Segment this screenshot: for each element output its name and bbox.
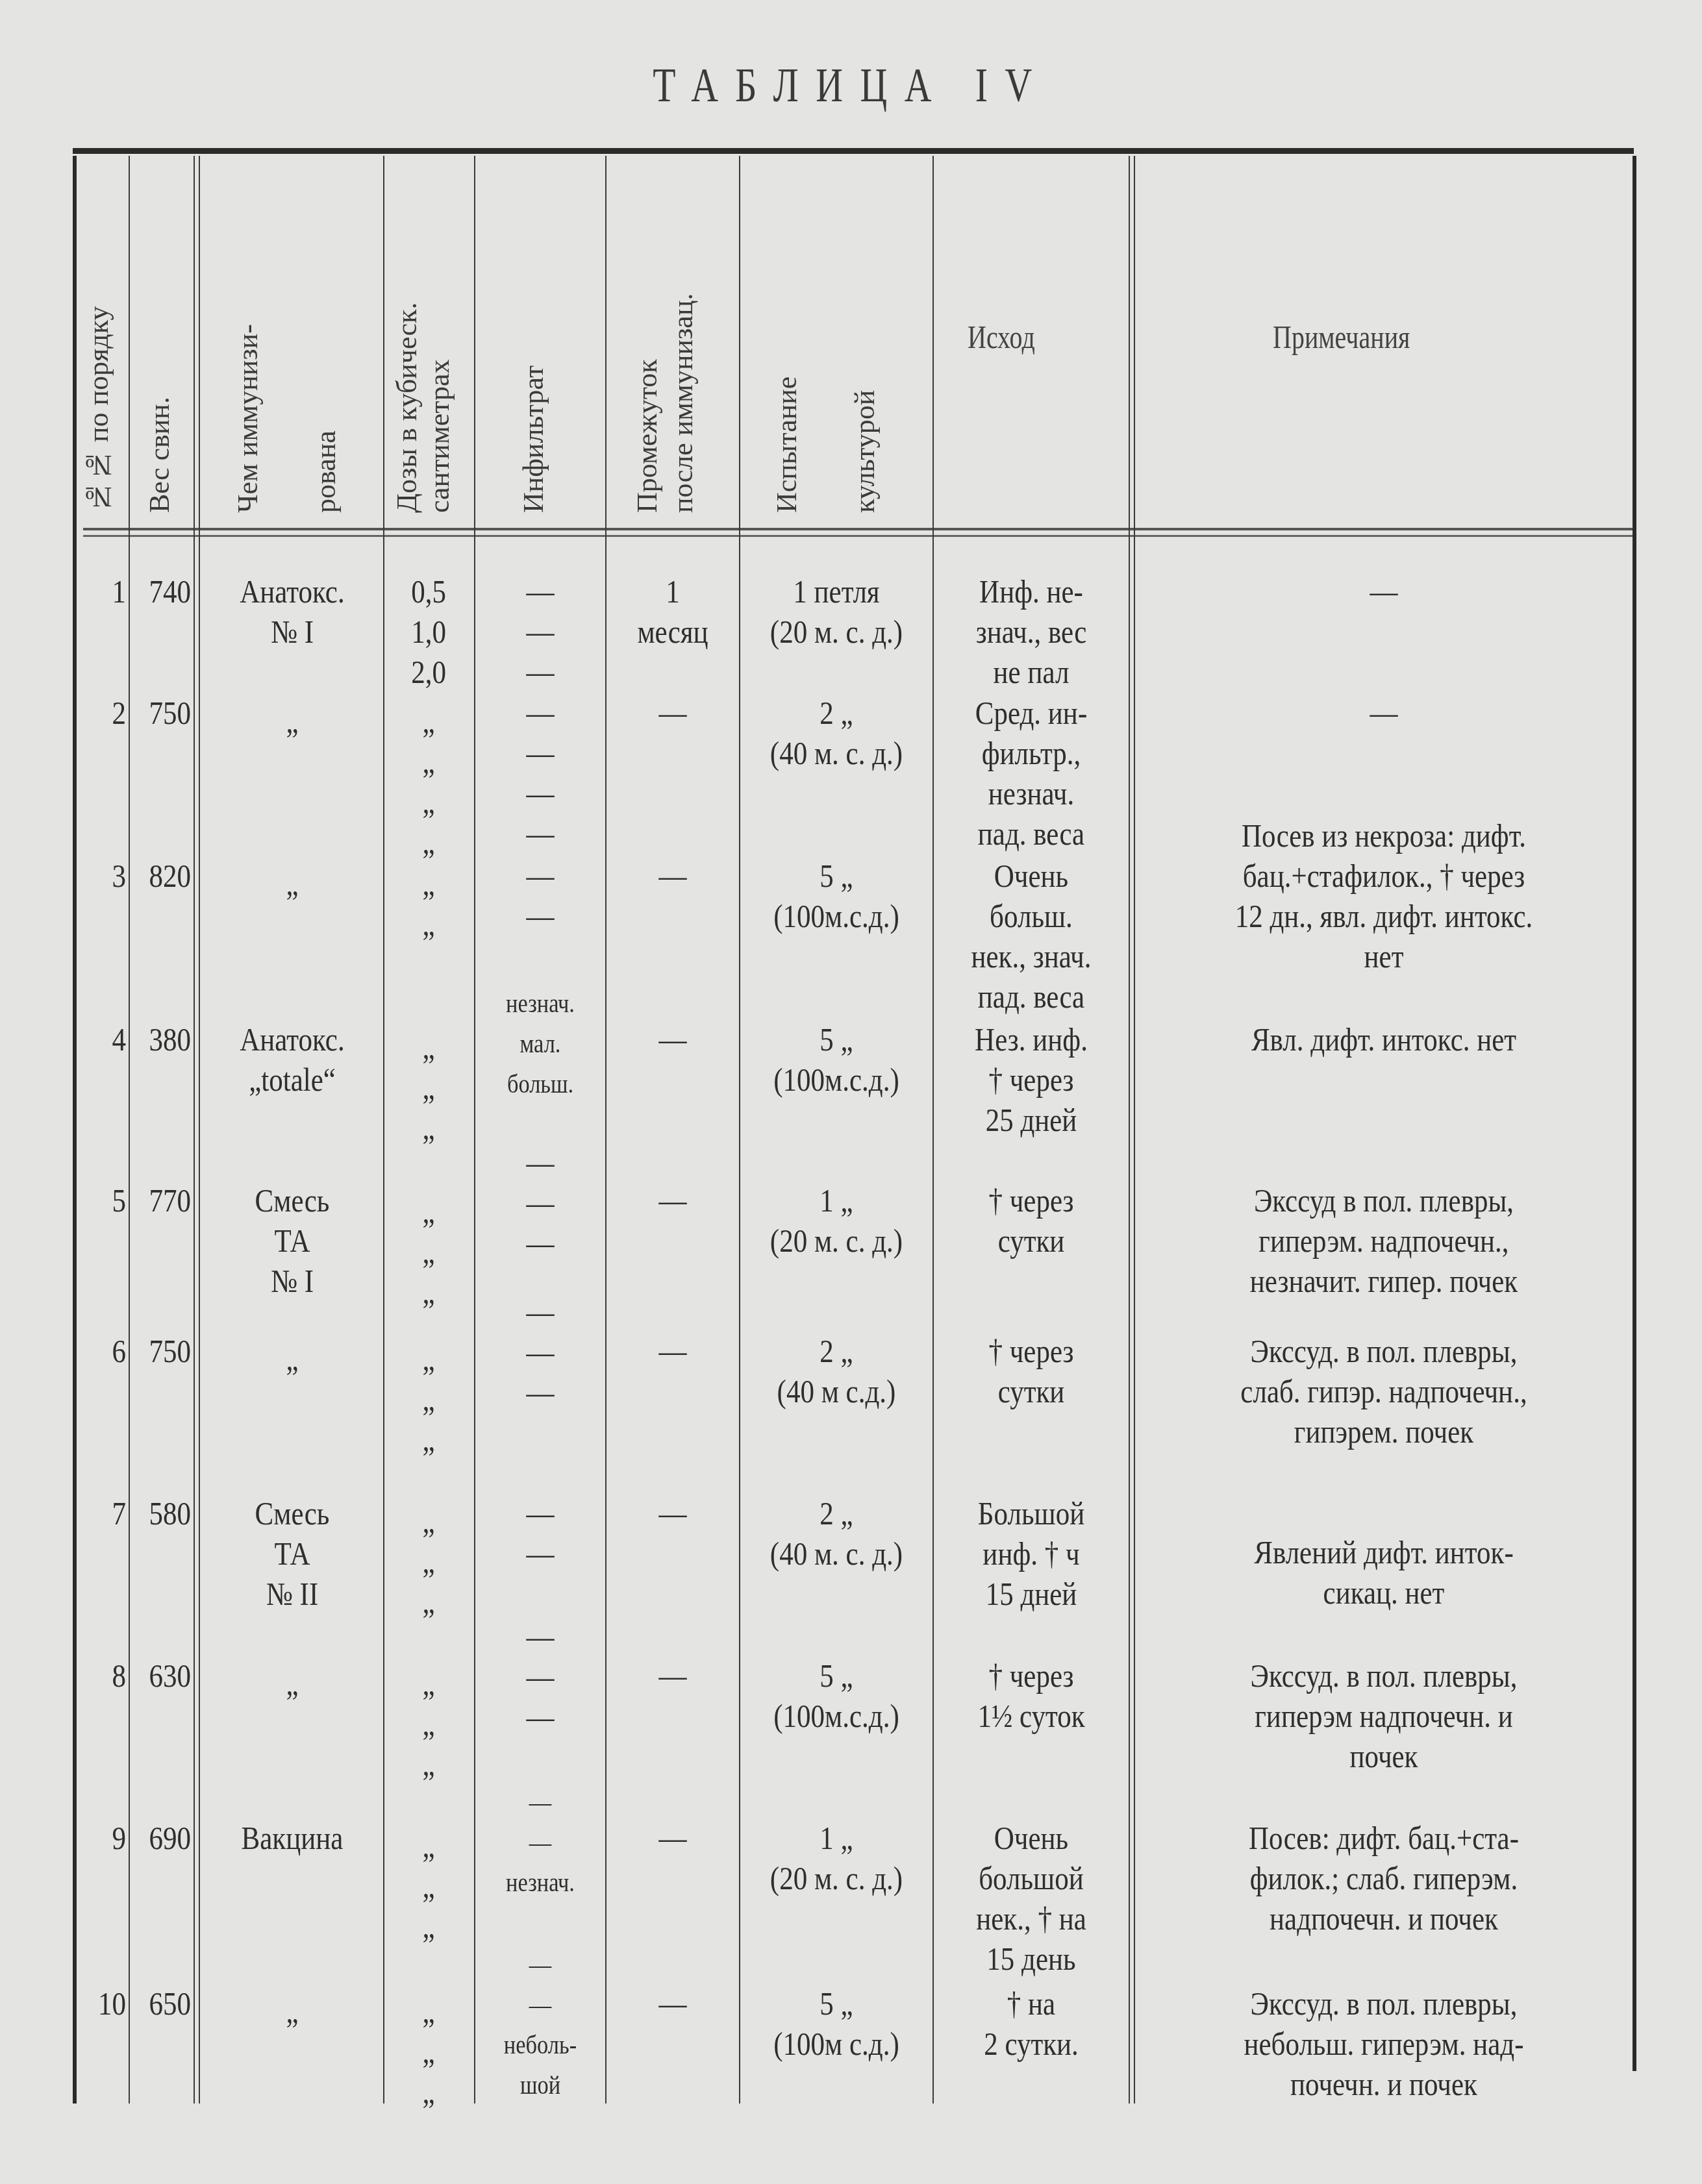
culture-test: 5 „ (100м с.д.) xyxy=(754,1983,920,2064)
right-border xyxy=(1633,156,1636,2071)
interval: — xyxy=(616,1656,729,1696)
pig-weight: 740 xyxy=(138,571,191,612)
agent-line: № I xyxy=(214,612,371,652)
notes: Экссуд. в пол. плевры, слаб. гипэр. надп… xyxy=(1171,1331,1596,1452)
immunizing-agent: Смесь ТА № II xyxy=(214,1493,371,1614)
infiltrate: — — — — xyxy=(484,693,596,854)
outcome-line: Очень xyxy=(947,1818,1115,1858)
infiltrate: — — — xyxy=(484,1143,596,1263)
dose-value: „ xyxy=(391,1379,467,1419)
pig-weight: 750 xyxy=(138,1331,191,1371)
notes-line: надпочечн. и почек xyxy=(1171,1898,1596,1939)
notes-line: гиперэм. надпочечн., xyxy=(1171,1221,1596,1261)
notes-line: бац.+стафилок., † через xyxy=(1171,856,1596,896)
infiltrate-value: больш. xyxy=(484,1064,596,1104)
dose-value: „ xyxy=(391,1339,467,1379)
dose-list: 0,5 1,0 2,0 xyxy=(391,571,467,692)
interval: — xyxy=(616,693,729,733)
outcome-line: 15 день xyxy=(947,1939,1115,1979)
notes: Экссуд в пол. плевры, гиперэм. надпочечн… xyxy=(1171,1180,1596,1301)
dose-list: „ „ „ „ xyxy=(391,701,467,862)
notes-line: гиперэм надпочечн. и xyxy=(1171,1696,1596,1736)
immunizing-agent: Анатокс. „totale“ xyxy=(214,1019,371,1100)
interval: — xyxy=(616,1493,729,1533)
agent-line: № II xyxy=(214,1574,371,1614)
interval: — xyxy=(616,856,729,896)
column-divider xyxy=(199,156,200,2103)
agent-line: ТА xyxy=(214,1533,371,1574)
dose-value: „ xyxy=(391,2031,467,2072)
test-value: (100м с.д.) xyxy=(754,2024,920,2064)
dose-value: „ xyxy=(391,1991,467,2031)
notes-line: 12 дн., явл. дифт. интокс. xyxy=(1171,896,1596,936)
infiltrate-value: — xyxy=(484,652,596,692)
culture-test: 2 „ (40 м с.д.) xyxy=(754,1331,920,1411)
outcome-line: Сред. ин- xyxy=(947,693,1115,733)
culture-test: 1 „ (20 м. с. д.) xyxy=(754,1818,920,1898)
row-number: 2 xyxy=(84,693,126,733)
dose-value: 2,0 xyxy=(391,652,467,692)
interval: — xyxy=(616,1180,729,1221)
outcome-line: незнач. xyxy=(947,773,1115,813)
header-agent-line1: Чем иммунизи- xyxy=(227,162,269,513)
infiltrate-value: — xyxy=(484,1617,596,1657)
infiltrate: — — — xyxy=(484,571,596,692)
dose-list: „ „ „ xyxy=(391,1991,467,2112)
interval-value: — xyxy=(616,1656,729,1696)
infiltrate: — — — xyxy=(484,1292,596,1413)
test-value: 2 „ xyxy=(754,1493,920,1533)
column-divider xyxy=(194,156,195,2103)
infiltrate-value: — xyxy=(484,612,596,652)
notes: Посев из некроза: дифт. бац.+стафилок., … xyxy=(1171,815,1596,976)
dose-value: 1,0 xyxy=(391,612,467,652)
interval-value: — xyxy=(616,1331,729,1371)
header-test-line1: Испытание xyxy=(766,162,808,513)
dose-list: „ „ „ xyxy=(391,1501,467,1622)
test-value: 1 „ xyxy=(754,1180,920,1221)
agent-line: Смесь xyxy=(214,1180,371,1221)
header-agent-line2: рована xyxy=(305,162,347,513)
infiltrate-value: — xyxy=(484,1985,596,2025)
dose-value: „ xyxy=(391,1067,467,1108)
outcome-line: 1½ суток xyxy=(947,1696,1115,1736)
dose-list: „ „ „ xyxy=(391,1826,467,1946)
row-number: 4 xyxy=(84,1019,126,1060)
test-value: (100м.с.д.) xyxy=(754,1060,920,1100)
pig-weight: 750 xyxy=(138,693,191,733)
notes: Экссуд. в пол. плевры, небольш. гиперэм.… xyxy=(1171,1983,1596,2104)
culture-test: 5 „ (100м.с.д.) xyxy=(754,1656,920,1736)
test-value: 2 „ xyxy=(754,1331,920,1371)
interval: — xyxy=(616,1983,729,2024)
notes-line: Экссуд. в пол. плевры, xyxy=(1171,1983,1596,2024)
row-number: 5 xyxy=(84,1180,126,1221)
row-number: 1 xyxy=(84,571,126,612)
outcome-line: 15 дней xyxy=(947,1574,1115,1614)
infiltrate-value: — xyxy=(484,733,596,773)
dose-value: „ xyxy=(391,741,467,782)
outcome-line: † на xyxy=(947,1983,1115,2024)
infiltrate-value: — xyxy=(484,896,596,936)
infiltrate-value: незнач. xyxy=(484,1863,596,1903)
test-value: (100м.с.д.) xyxy=(754,1696,920,1736)
outcome-line: † через xyxy=(947,1331,1115,1371)
infiltrate-value: — xyxy=(484,1944,596,1985)
dose-list: „ „ xyxy=(391,863,467,944)
agent-line: „ xyxy=(214,1663,371,1704)
row-number: 3 xyxy=(84,856,126,896)
notes-line: — xyxy=(1171,571,1596,612)
dose-list: „ „ „ xyxy=(391,1027,467,1148)
infiltrate-value: — xyxy=(484,1697,596,1737)
header-rule-secondary xyxy=(83,535,1634,537)
header-interval-line2: после иммунизац. xyxy=(662,162,704,513)
agent-line: Анатокс. xyxy=(214,1019,371,1060)
pig-weight: 820 xyxy=(138,856,191,896)
dose-value: 0,5 xyxy=(391,571,467,612)
infiltrate: — — xyxy=(484,1493,596,1574)
dose-value: „ xyxy=(391,1541,467,1582)
dose-value: „ xyxy=(391,1501,467,1541)
notes-line: филок.; слаб. гиперэм. xyxy=(1171,1858,1596,1898)
header-dose-line2: сантиметрах xyxy=(419,162,460,513)
outcome-line: фильтр., xyxy=(947,733,1115,773)
immunizing-agent: Смесь ТА № I xyxy=(214,1180,371,1301)
notes-line: небольш. гиперэм. над- xyxy=(1171,2024,1596,2064)
agent-line: Анатокс. xyxy=(214,571,371,612)
agent-line: „ xyxy=(214,1339,371,1379)
interval: — xyxy=(616,1818,729,1858)
interval: — xyxy=(616,1019,729,1060)
column-divider xyxy=(1134,156,1135,2103)
test-value: 1 петля xyxy=(754,571,920,612)
agent-line: „ xyxy=(214,701,371,741)
dose-value: „ xyxy=(391,1419,467,1459)
header-outcome: Исход xyxy=(968,318,1035,356)
pig-weight: 690 xyxy=(138,1818,191,1858)
dose-value: „ xyxy=(391,1826,467,1866)
immunizing-agent: Анатокс. № I xyxy=(214,571,371,652)
header-rule xyxy=(83,528,1634,530)
column-divider xyxy=(739,156,740,2103)
outcome: † на 2 сутки. xyxy=(947,1983,1115,2064)
dose-value: „ xyxy=(391,822,467,862)
outcome-line: Большой xyxy=(947,1493,1115,1533)
column-divider xyxy=(474,156,475,2103)
outcome-line: сутки xyxy=(947,1221,1115,1261)
notes: Явлений дифт. инток- сикац. нет xyxy=(1171,1532,1596,1613)
outcome-line: † через xyxy=(947,1656,1115,1696)
outcome-line: Очень xyxy=(947,856,1115,896)
outcome-line: инф. † ч xyxy=(947,1533,1115,1574)
infiltrate: — — xyxy=(484,856,596,936)
test-value: 5 „ xyxy=(754,1656,920,1696)
outcome: Очень большой нек., † на 15 день xyxy=(947,1818,1115,1979)
notes-line: Экссуд в пол. плевры, xyxy=(1171,1180,1596,1221)
notes-line: гипэрем. почек xyxy=(1171,1411,1596,1452)
notes-line: Посев: дифт. бац.+ста- xyxy=(1171,1818,1596,1858)
immunizing-agent: „ xyxy=(214,1663,371,1704)
infiltrate-value: — xyxy=(484,1372,596,1413)
outcome-line: сутки xyxy=(947,1371,1115,1411)
test-value: (100м.с.д.) xyxy=(754,896,920,936)
outcome-line: Нез. инф. xyxy=(947,1019,1115,1060)
notes-line: Экссуд. в пол. плевры, xyxy=(1171,1331,1596,1371)
column-divider xyxy=(1129,156,1130,2103)
infiltrate-value: — xyxy=(484,693,596,733)
notes: — xyxy=(1171,693,1596,733)
notes: Явл. дифт. интокс. нет xyxy=(1171,1019,1596,1060)
outcome: † через 1½ суток xyxy=(947,1656,1115,1736)
notes-line: Явл. дифт. интокс. нет xyxy=(1171,1019,1596,1060)
outcome-line: больш. xyxy=(947,896,1115,936)
agent-line: № I xyxy=(214,1261,371,1301)
infiltrate-value: — xyxy=(484,1822,596,1863)
test-value: 5 „ xyxy=(754,1983,920,2024)
column-divider xyxy=(383,156,384,2103)
outcome: Большой инф. † ч 15 дней xyxy=(947,1493,1115,1614)
infiltrate-value: — xyxy=(484,1657,596,1697)
interval-value: — xyxy=(616,1180,729,1221)
outcome-line: большой xyxy=(947,1858,1115,1898)
notes-line: почечн. и почек xyxy=(1171,2064,1596,2104)
outcome-line: † через xyxy=(947,1180,1115,1221)
test-value: 5 „ xyxy=(754,1019,920,1060)
pig-weight: 580 xyxy=(138,1493,191,1533)
infiltrate-value: — xyxy=(484,813,596,854)
culture-test: 1 петля (20 м. с. д.) xyxy=(754,571,920,652)
dose-value: „ xyxy=(391,1027,467,1067)
infiltrate-value: неболь- xyxy=(484,2025,596,2065)
outcome-line: † через xyxy=(947,1060,1115,1100)
outcome: Сред. ин- фильтр., незнач. пад. веса xyxy=(947,693,1115,854)
infiltrate: — — незнач. xyxy=(484,1782,596,1903)
immunizing-agent: „ xyxy=(214,701,371,741)
interval: — xyxy=(616,1331,729,1371)
test-value: (20 м. с. д.) xyxy=(754,612,920,652)
test-value: 1 „ xyxy=(754,1818,920,1858)
dose-list: „ „ „ xyxy=(391,1191,467,1312)
row-number: 9 xyxy=(84,1818,126,1858)
top-rule xyxy=(73,148,1634,154)
culture-test: 5 „ (100м.с.д.) xyxy=(754,1019,920,1100)
interval-value: — xyxy=(616,693,729,733)
infiltrate-value: — xyxy=(484,1782,596,1822)
outcome: Инф. не- знач., вес не пал xyxy=(947,571,1115,692)
outcome-line: нек., † на xyxy=(947,1898,1115,1939)
notes-line: Экссуд. в пол. плевры, xyxy=(1171,1656,1596,1696)
pig-weight: 650 xyxy=(138,1983,191,2024)
outcome-line: пад. веса xyxy=(947,813,1115,854)
infiltrate-value: — xyxy=(484,1183,596,1223)
row-number: 7 xyxy=(84,1493,126,1533)
infiltrate-value: — xyxy=(484,1533,596,1574)
dose-value: „ xyxy=(391,1232,467,1272)
dose-value: „ xyxy=(391,2072,467,2112)
outcome: Очень больш. нек., знач. пад. веса xyxy=(947,856,1115,1017)
row-number: 10 xyxy=(80,1983,126,2024)
dose-value: „ xyxy=(391,1906,467,1946)
row-number: 6 xyxy=(84,1331,126,1371)
interval-value: — xyxy=(616,856,729,896)
dose-value: „ xyxy=(391,1704,467,1744)
table-title: ТАБЛИЦА IV xyxy=(187,58,1514,114)
infiltrate: — — — xyxy=(484,1617,596,1737)
infiltrate-value: незнач. xyxy=(484,984,596,1024)
notes: Посев: дифт. бац.+ста- филок.; слаб. гип… xyxy=(1171,1818,1596,1939)
dose-value: „ xyxy=(391,1108,467,1148)
infiltrate-value: — xyxy=(484,1223,596,1263)
test-value: 2 „ xyxy=(754,693,920,733)
immunizing-agent: Вакцина xyxy=(214,1818,371,1858)
infiltrate: незнач. мал. больш. xyxy=(484,984,596,1104)
test-value: (20 м. с. д.) xyxy=(754,1221,920,1261)
left-border xyxy=(73,156,77,2103)
outcome: Нез. инф. † через 25 дней xyxy=(947,1019,1115,1140)
column-divider xyxy=(605,156,607,2103)
dose-value: „ xyxy=(391,863,467,904)
test-value: 5 „ xyxy=(754,856,920,896)
notes-line: слаб. гипэр. надпочечн., xyxy=(1171,1371,1596,1411)
outcome-line: Инф. не- xyxy=(947,571,1115,612)
notes-line: нет xyxy=(1171,936,1596,976)
interval-value: — xyxy=(616,1493,729,1533)
test-value: (40 м. с. д.) xyxy=(754,1533,920,1574)
infiltrate-value: — xyxy=(484,1143,596,1183)
notes-line: сикац. нет xyxy=(1171,1572,1596,1613)
immunizing-agent: „ xyxy=(214,863,371,904)
outcome-line: знач., вес xyxy=(947,612,1115,652)
infiltrate-value: — xyxy=(484,1493,596,1533)
dose-list: „ „ „ xyxy=(391,1663,467,1784)
notes-line: незначит. гипер. почек xyxy=(1171,1261,1596,1301)
outcome: † через сутки xyxy=(947,1331,1115,1411)
interval: 1 месяц xyxy=(616,571,729,652)
outcome: † через сутки xyxy=(947,1180,1115,1261)
dose-value: „ xyxy=(391,904,467,944)
header-weight: Вес свин. xyxy=(139,162,181,513)
agent-line: Смесь xyxy=(214,1493,371,1533)
test-value: (40 м с.д.) xyxy=(754,1371,920,1411)
agent-line: „totale“ xyxy=(214,1060,371,1100)
agent-line: „ xyxy=(214,1991,371,2031)
header-no: №№ по порядку xyxy=(78,162,119,513)
infiltrate: — — неболь- шой xyxy=(484,1944,596,2105)
outcome-line: не пал xyxy=(947,652,1115,692)
pig-weight: 630 xyxy=(138,1656,191,1696)
pig-weight: 770 xyxy=(138,1180,191,1221)
infiltrate-value: — xyxy=(484,856,596,896)
dose-value: „ xyxy=(391,701,467,741)
interval-value: месяц xyxy=(616,612,729,652)
dose-value: „ xyxy=(391,1744,467,1784)
notes: Экссуд. в пол. плевры, гиперэм надпочечн… xyxy=(1171,1656,1596,1776)
infiltrate-value: шой xyxy=(484,2065,596,2105)
interval-value: — xyxy=(616,1818,729,1858)
header-test-line2: культурой xyxy=(844,162,886,513)
interval-value: 1 xyxy=(616,571,729,612)
dose-value: „ xyxy=(391,1866,467,1906)
column-divider xyxy=(932,156,934,2103)
dose-value: „ xyxy=(391,1272,467,1312)
culture-test: 2 „ (40 м. с. д.) xyxy=(754,1493,920,1574)
dose-value: „ xyxy=(391,1191,467,1232)
dose-list: „ „ „ xyxy=(391,1339,467,1459)
notes-line: Явлений дифт. инток- xyxy=(1171,1532,1596,1572)
agent-line: „ xyxy=(214,863,371,904)
infiltrate-value: — xyxy=(484,1292,596,1332)
culture-test: 1 „ (20 м. с. д.) xyxy=(754,1180,920,1261)
dose-value: „ xyxy=(391,1663,467,1704)
test-value: (20 м. с. д.) xyxy=(754,1858,920,1898)
immunizing-agent: „ xyxy=(214,1991,371,2031)
infiltrate-value: — xyxy=(484,571,596,612)
dose-value: „ xyxy=(391,1582,467,1622)
outcome-line: 25 дней xyxy=(947,1100,1115,1140)
test-value: (40 м. с. д.) xyxy=(754,733,920,773)
notes-line: почек xyxy=(1171,1736,1596,1776)
row-number: 8 xyxy=(84,1656,126,1696)
infiltrate-value: мал. xyxy=(484,1024,596,1064)
outcome-line: пад. веса xyxy=(947,976,1115,1017)
culture-test: 2 „ (40 м. с. д.) xyxy=(754,693,920,773)
immunizing-agent: „ xyxy=(214,1339,371,1379)
outcome-line: 2 сутки. xyxy=(947,2024,1115,2064)
interval-value: — xyxy=(616,1019,729,1060)
column-divider xyxy=(129,156,130,2103)
notes-line: — xyxy=(1171,693,1596,733)
infiltrate-value: — xyxy=(484,773,596,813)
agent-line: Вакцина xyxy=(214,1818,371,1858)
dose-value: „ xyxy=(391,782,467,822)
pig-weight: 380 xyxy=(138,1019,191,1060)
header-notes: Примечания xyxy=(1273,318,1410,356)
notes: — xyxy=(1171,571,1596,612)
header-infiltrate: Инфильтрат xyxy=(513,162,555,513)
interval-value: — xyxy=(616,1983,729,2024)
infiltrate-value: — xyxy=(484,1332,596,1372)
agent-line: ТА xyxy=(214,1221,371,1261)
outcome-line: нек., знач. xyxy=(947,936,1115,976)
notes-line: Посев из некроза: дифт. xyxy=(1171,815,1596,856)
culture-test: 5 „ (100м.с.д.) xyxy=(754,856,920,936)
